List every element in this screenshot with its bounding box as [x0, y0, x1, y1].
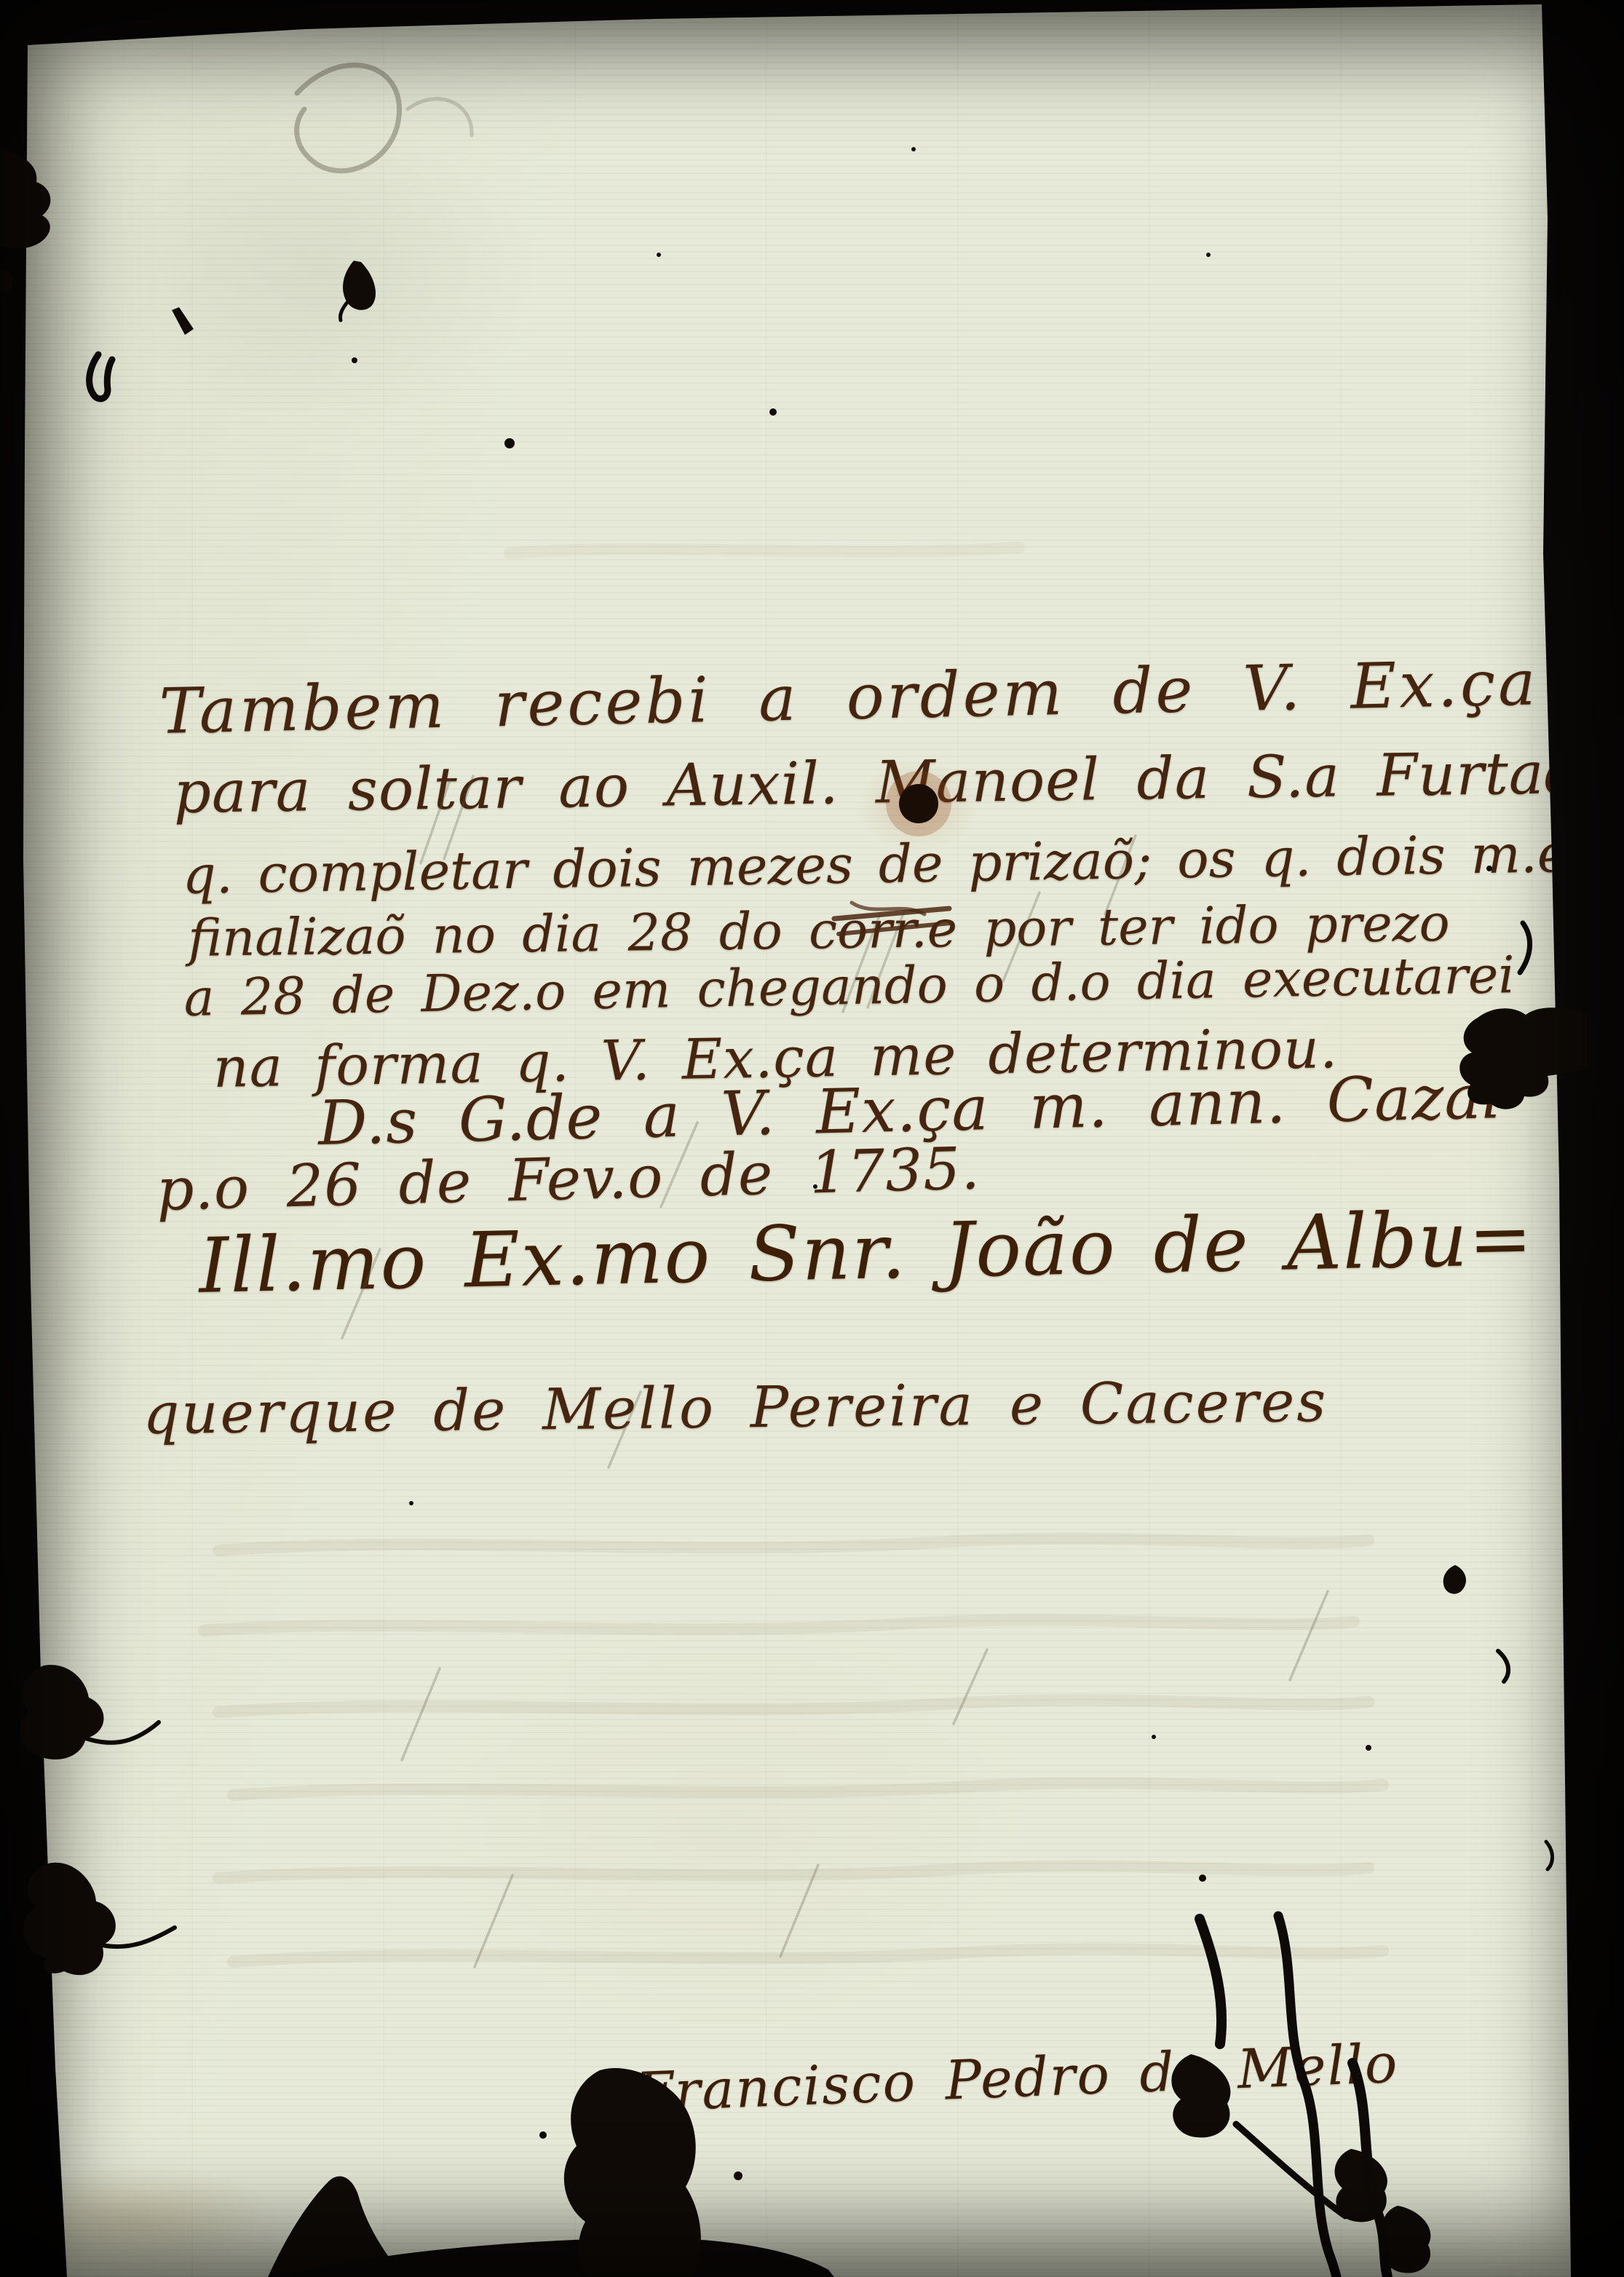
manuscript-scan: Tambem recebi a ordem de V. Ex.ça para s… [0, 0, 1624, 2277]
paper-sheet: Tambem recebi a ordem de V. Ex.ça para s… [0, 0, 1624, 2277]
signature: Francisco Pedro de Mello [635, 2032, 1400, 2124]
manuscript-line: Tambem recebi a ordem de V. Ex.ça [159, 646, 1539, 748]
manuscript-line: para soltar ao Auxil. Manoel da S.a Furt… [173, 738, 1624, 826]
manuscript-line: q. completar dois mezes de prizaõ; os q.… [182, 823, 1596, 906]
ink-blot [0, 268, 13, 293]
manuscript-line-salutation: querque de Mello Pereira e Caceres [143, 1369, 1328, 1447]
